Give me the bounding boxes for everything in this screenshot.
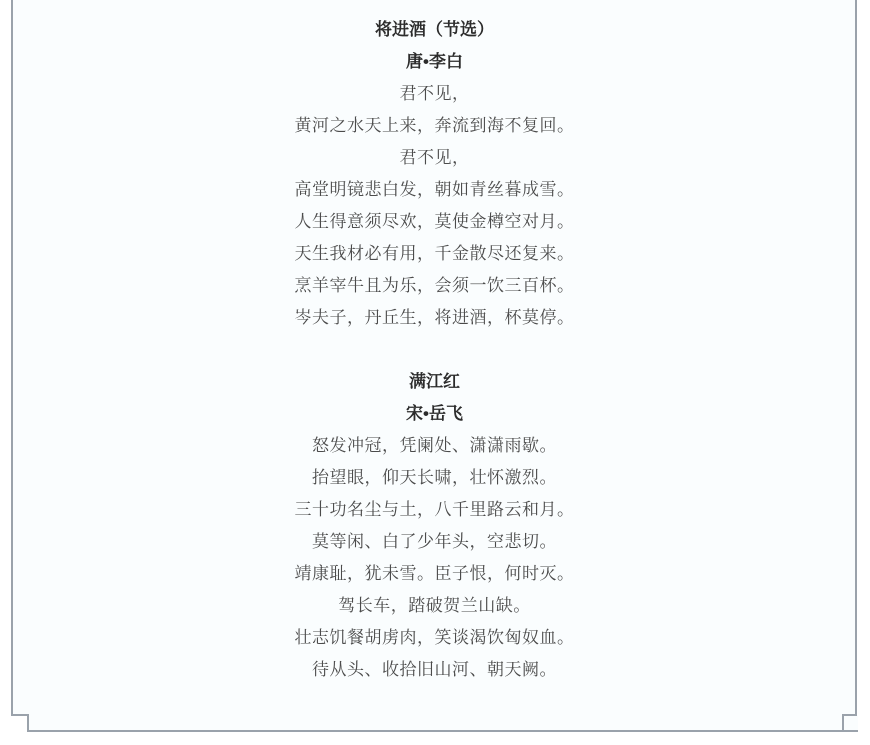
poem-section: 满江红宋•岳飞怒发冲冠，凭阑处、潇潇雨歇。抬望眼，仰天长啸，壮怀激烈。三十功名尘… xyxy=(13,366,856,686)
poem-line: 壮志饥餐胡虏肉，笑谈渴饮匈奴血。 xyxy=(13,622,856,654)
poem-line: 君不见， xyxy=(13,142,856,174)
poem-line: 待从头、收拾旧山河、朝天阙。 xyxy=(13,654,856,686)
poem-line: 抬望眼，仰天长啸，壮怀激烈。 xyxy=(13,462,856,494)
poem-author: 宋•岳飞 xyxy=(13,398,856,430)
poems-page: 将进酒（节选）唐•李白君不见，黄河之水天上来，奔流到海不复回。君不见，高堂明镜悲… xyxy=(13,0,856,686)
poem-title: 满江红 xyxy=(13,366,856,398)
poem-title: 将进酒（节选） xyxy=(13,14,856,46)
poem-line: 高堂明镜悲白发，朝如青丝暮成雪。 xyxy=(13,174,856,206)
poem-section: 将进酒（节选）唐•李白君不见，黄河之水天上来，奔流到海不复回。君不见，高堂明镜悲… xyxy=(13,14,856,334)
poem-line: 烹羊宰牛且为乐，会须一饮三百杯。 xyxy=(13,270,856,302)
poem-line: 靖康耻，犹未雪。臣子恨，何时灭。 xyxy=(13,558,856,590)
poem-author: 唐•李白 xyxy=(13,46,856,78)
page: 将进酒（节选）唐•李白君不见，黄河之水天上来，奔流到海不复回。君不见，高堂明镜悲… xyxy=(0,0,870,745)
poem-line: 驾长车，踏破贺兰山缺。 xyxy=(13,590,856,622)
poem-line: 人生得意须尽欢，莫使金樽空对月。 xyxy=(13,206,856,238)
poem-line: 岑夫子，丹丘生，将进酒，杯莫停。 xyxy=(13,302,856,334)
poem-line: 黄河之水天上来，奔流到海不复回。 xyxy=(13,110,856,142)
poem-line: 天生我材必有用，千金散尽还复来。 xyxy=(13,238,856,270)
poem-line: 怒发冲冠，凭阑处、潇潇雨歇。 xyxy=(13,430,856,462)
poem-line: 君不见， xyxy=(13,78,856,110)
poem-line: 莫等闲、白了少年头，空悲切。 xyxy=(13,526,856,558)
poem-line: 三十功名尘与土，八千里路云和月。 xyxy=(13,494,856,526)
